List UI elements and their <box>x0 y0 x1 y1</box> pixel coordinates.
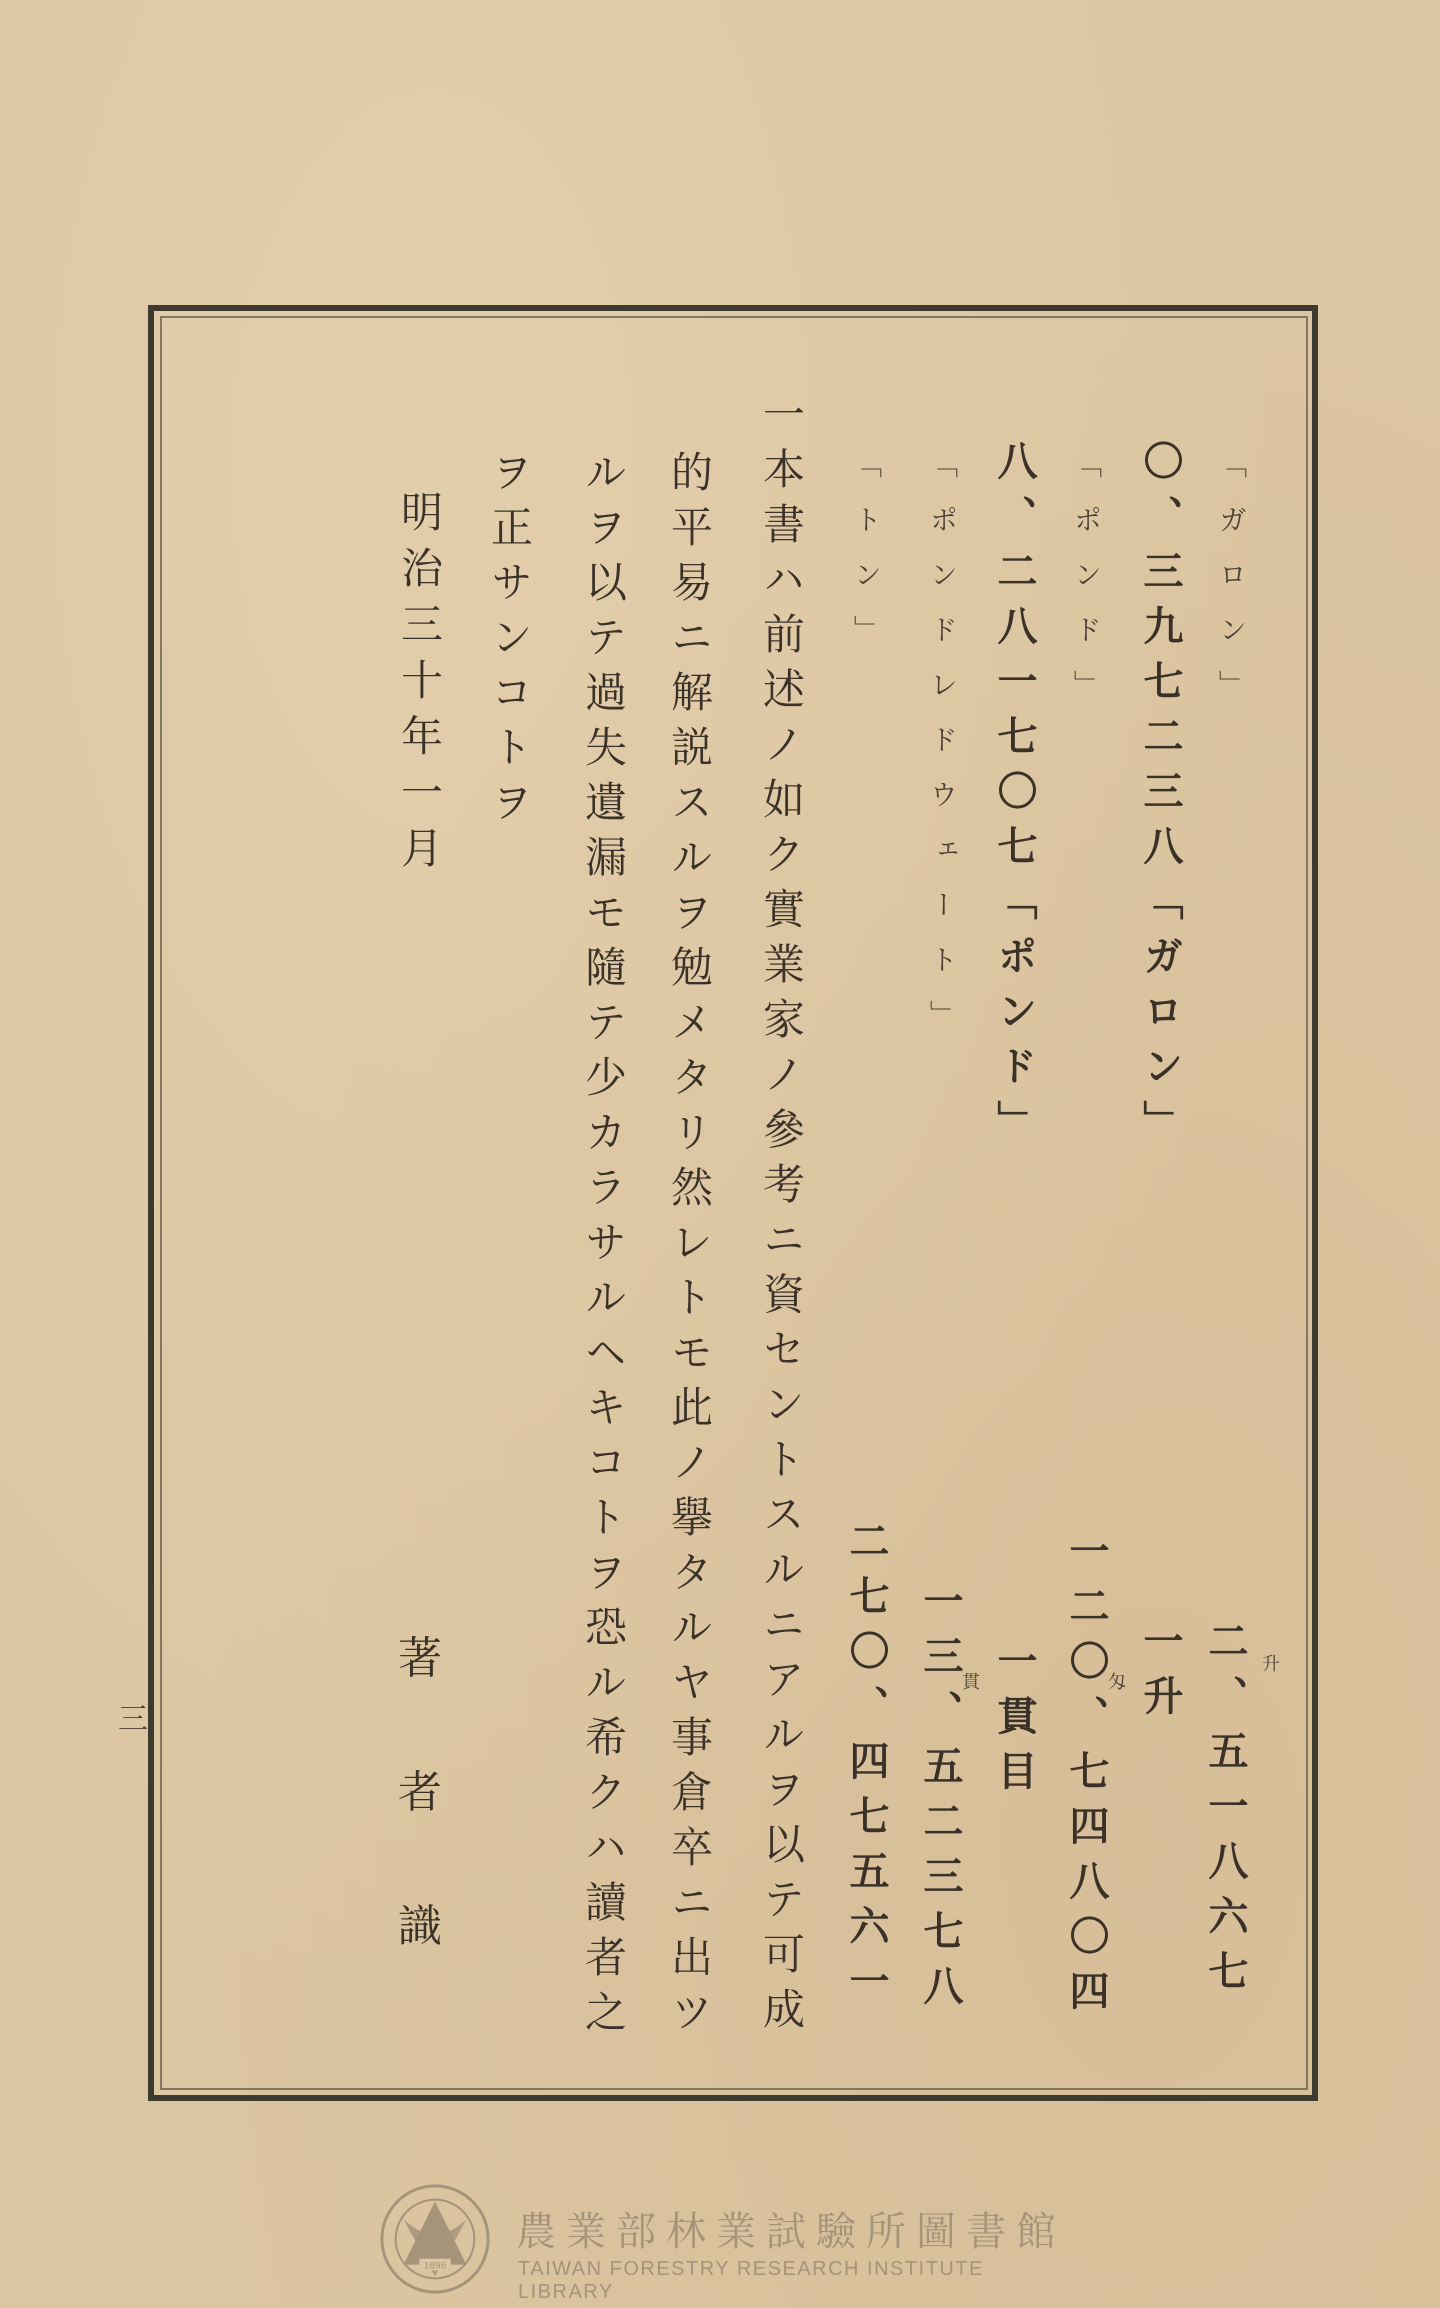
one-kanme: 一貫目 <box>994 1640 1034 1805</box>
unit-pound-label: 「ポンド」 <box>1072 450 1100 725</box>
forestry-institute-logo-icon: 1896 <box>376 2180 494 2298</box>
unit-gallon-label-1: 「ガロン」 <box>1217 450 1245 725</box>
annotation-kan: 貫 <box>962 1668 980 1694</box>
preface-line-3: ルヲ以テ過失遺漏モ隨テ少カラサルヘキコトヲ恐ル希クハ讀者之 <box>582 450 624 2045</box>
value-270-ton: 二七〇、四七五六一 <box>846 1520 886 2015</box>
unit-ton-label: 「トン」 <box>852 450 880 670</box>
value-13-kan: 一三、五二三七八 <box>920 1580 960 2020</box>
page-border-inner <box>160 316 1308 2090</box>
preface-line-1: 一本書ハ前述ノ如ク實業家ノ參考ニ資セントスルニアルヲ以テ可成 <box>760 392 802 2042</box>
signature-char-2: 者 <box>398 1756 442 1820</box>
value-0397238-gallon: 〇、三九七二三八「ガロン」 <box>1140 440 1180 1155</box>
value-120-monme: 一二〇、七四八〇四 <box>1066 1530 1106 2025</box>
preface-line-2: 的平易ニ解説スルヲ勉メタリ然レトモ此ノ擧タルヤ事倉卒ニ出ツ <box>668 450 710 2045</box>
preface-line-4: ヲ正サンコトヲ <box>488 450 530 835</box>
page-number: 三 <box>118 1694 148 1738</box>
annotation-monme: 匁 <box>1108 1668 1126 1694</box>
library-name-english: TAIWAN FORESTRY RESEARCH INSTITUTE LIBRA… <box>518 2258 1076 2304</box>
svg-text:1896: 1896 <box>424 2262 447 2272</box>
value-2-5-sho: 二、五一八六七 <box>1205 1620 1245 2005</box>
library-name-chinese: 農業部林業試驗所圖書館 <box>516 2200 1066 2257</box>
annotation-sho: 升 <box>1262 1650 1280 1676</box>
one-sho: 一升 <box>1140 1620 1180 1730</box>
signature-char-1: 著 <box>398 1622 442 1686</box>
value-8281707-pound: 八、二八一七〇七「ポンド」 <box>994 440 1034 1155</box>
library-watermark: 1896 農業部林業試驗所圖書館 TAIWAN FORESTRY RESEARC… <box>376 2180 1076 2300</box>
signature-char-3: 識 <box>398 1890 442 1954</box>
date-meiji-30: 明治三十年一月 <box>398 490 440 882</box>
unit-pound-troy-label: 「ポンドレドウェート」 <box>928 450 956 1055</box>
